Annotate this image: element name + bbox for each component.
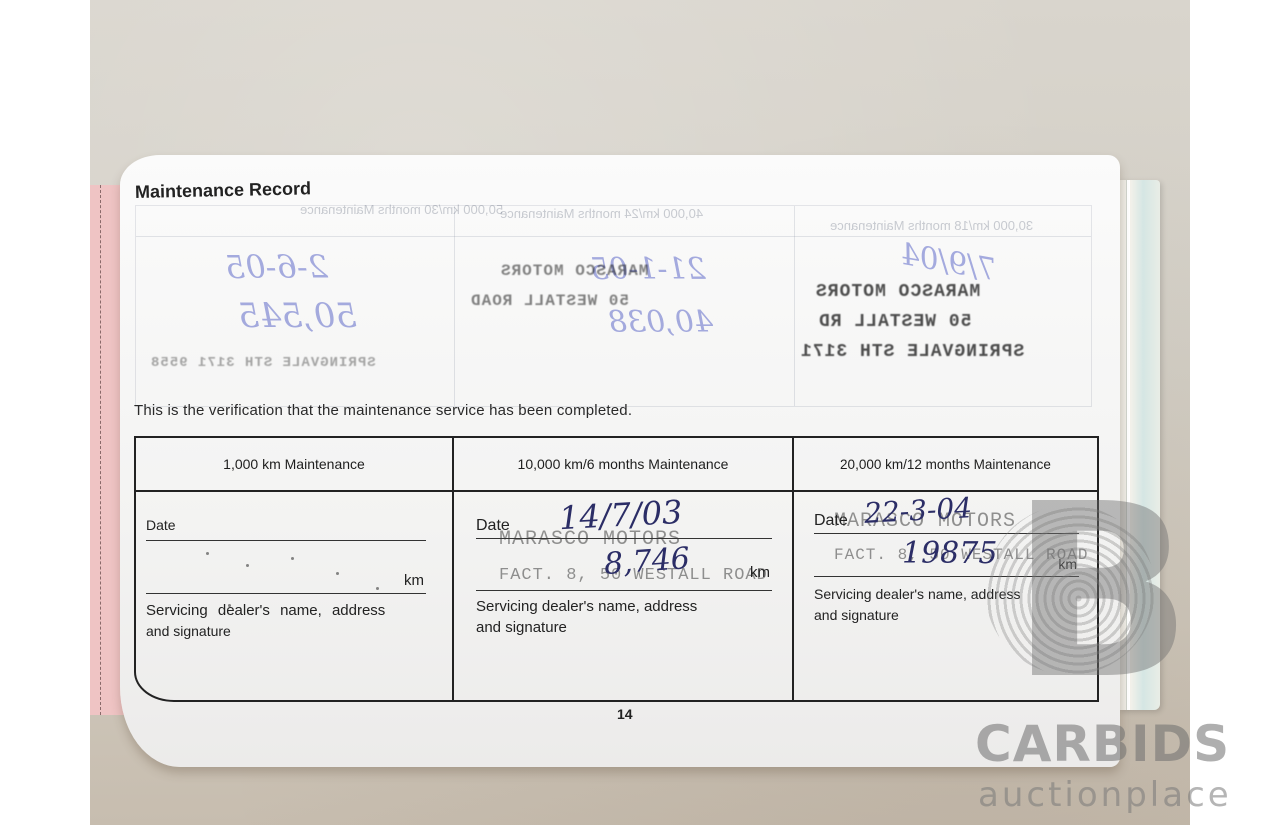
date-label: Date bbox=[814, 512, 848, 530]
ink-speck bbox=[376, 587, 379, 590]
handwritten-km: 8,746 bbox=[603, 541, 691, 582]
heading-10000km: 10,000 km/6 months Maintenance bbox=[454, 438, 792, 490]
km-line[interactable] bbox=[146, 593, 426, 594]
reverse-dealer-stamp: SPRINGVALE STH 3171 bbox=[800, 342, 1024, 362]
date-line[interactable] bbox=[146, 540, 426, 541]
entry-10000km: MARASCO MOTORS FACT. 8, 50 WESTALL ROAD … bbox=[454, 492, 792, 700]
dealer-signature-label: Servicing dealer's name, address and sig… bbox=[146, 600, 426, 642]
reverse-handwritten-km: 50,545 bbox=[238, 296, 357, 336]
dealer-label-line2: and signature bbox=[146, 621, 426, 642]
reverse-handwritten-km: 40,038 bbox=[608, 305, 713, 340]
km-label: km bbox=[404, 572, 424, 589]
handwritten-date: 22-3-04 bbox=[863, 491, 973, 530]
reverse-dealer-stamp: SPRINGVALE STH 3171 9558 bbox=[150, 355, 376, 371]
verification-text: This is the verification that the mainte… bbox=[134, 402, 632, 419]
dealer-label-line1: Servicing dealer's name, address bbox=[476, 596, 776, 617]
reverse-heading: 40,000 km/24 months Maintenance bbox=[500, 206, 703, 221]
reverse-dealer-stamp: 50 WESTALL RD bbox=[818, 312, 971, 332]
ink-speck bbox=[336, 572, 339, 575]
km-label: km bbox=[750, 564, 770, 581]
dealer-label-line1: Servicing dealer's name, address bbox=[146, 600, 426, 621]
date-label: Date bbox=[146, 517, 176, 533]
reverse-dealer-stamp: MARASCO MOTORS bbox=[500, 262, 648, 280]
ink-speck bbox=[206, 552, 209, 555]
watermark-logo-letter: B bbox=[1010, 495, 1260, 690]
date-line[interactable] bbox=[476, 538, 772, 539]
ink-speck bbox=[291, 557, 294, 560]
reverse-dealer-stamp: MARASCO MOTORS bbox=[815, 282, 980, 302]
date-label: Date bbox=[476, 517, 510, 535]
dealer-signature-label: Servicing dealer's name, address and sig… bbox=[476, 596, 776, 638]
reverse-heading: 50,000 km/30 months Maintenance bbox=[300, 202, 503, 217]
km-line[interactable] bbox=[476, 590, 772, 591]
heading-20000km: 20,000 km/12 months Maintenance bbox=[794, 438, 1097, 490]
reverse-dealer-stamp: 50 WESTALL ROAD bbox=[470, 292, 629, 310]
reverse-handwritten-date: 2-6-05 bbox=[225, 248, 328, 286]
handwritten-km: 19875 bbox=[902, 536, 997, 571]
ink-speck bbox=[246, 564, 249, 567]
watermark-tagline: auctionplace bbox=[978, 775, 1232, 815]
reverse-heading: 30,000 km/18 months Maintenance bbox=[830, 218, 1033, 233]
dealer-label-line2: and signature bbox=[476, 617, 776, 638]
reverse-divider bbox=[136, 236, 1091, 237]
maintenance-table: 1,000 km Maintenance 10,000 km/6 months … bbox=[134, 436, 1099, 702]
watermark-brand: CARBIDS bbox=[975, 715, 1230, 773]
ink-speck bbox=[228, 604, 231, 607]
perforation-line bbox=[100, 185, 101, 715]
handwritten-date: 14/7/03 bbox=[558, 493, 683, 537]
page-number: 14 bbox=[617, 706, 633, 722]
heading-1000km: 1,000 km Maintenance bbox=[136, 438, 452, 490]
page-title: Maintenance Record bbox=[135, 178, 311, 203]
entry-1000km: Date km Servicing dealer's name, address… bbox=[136, 492, 452, 700]
